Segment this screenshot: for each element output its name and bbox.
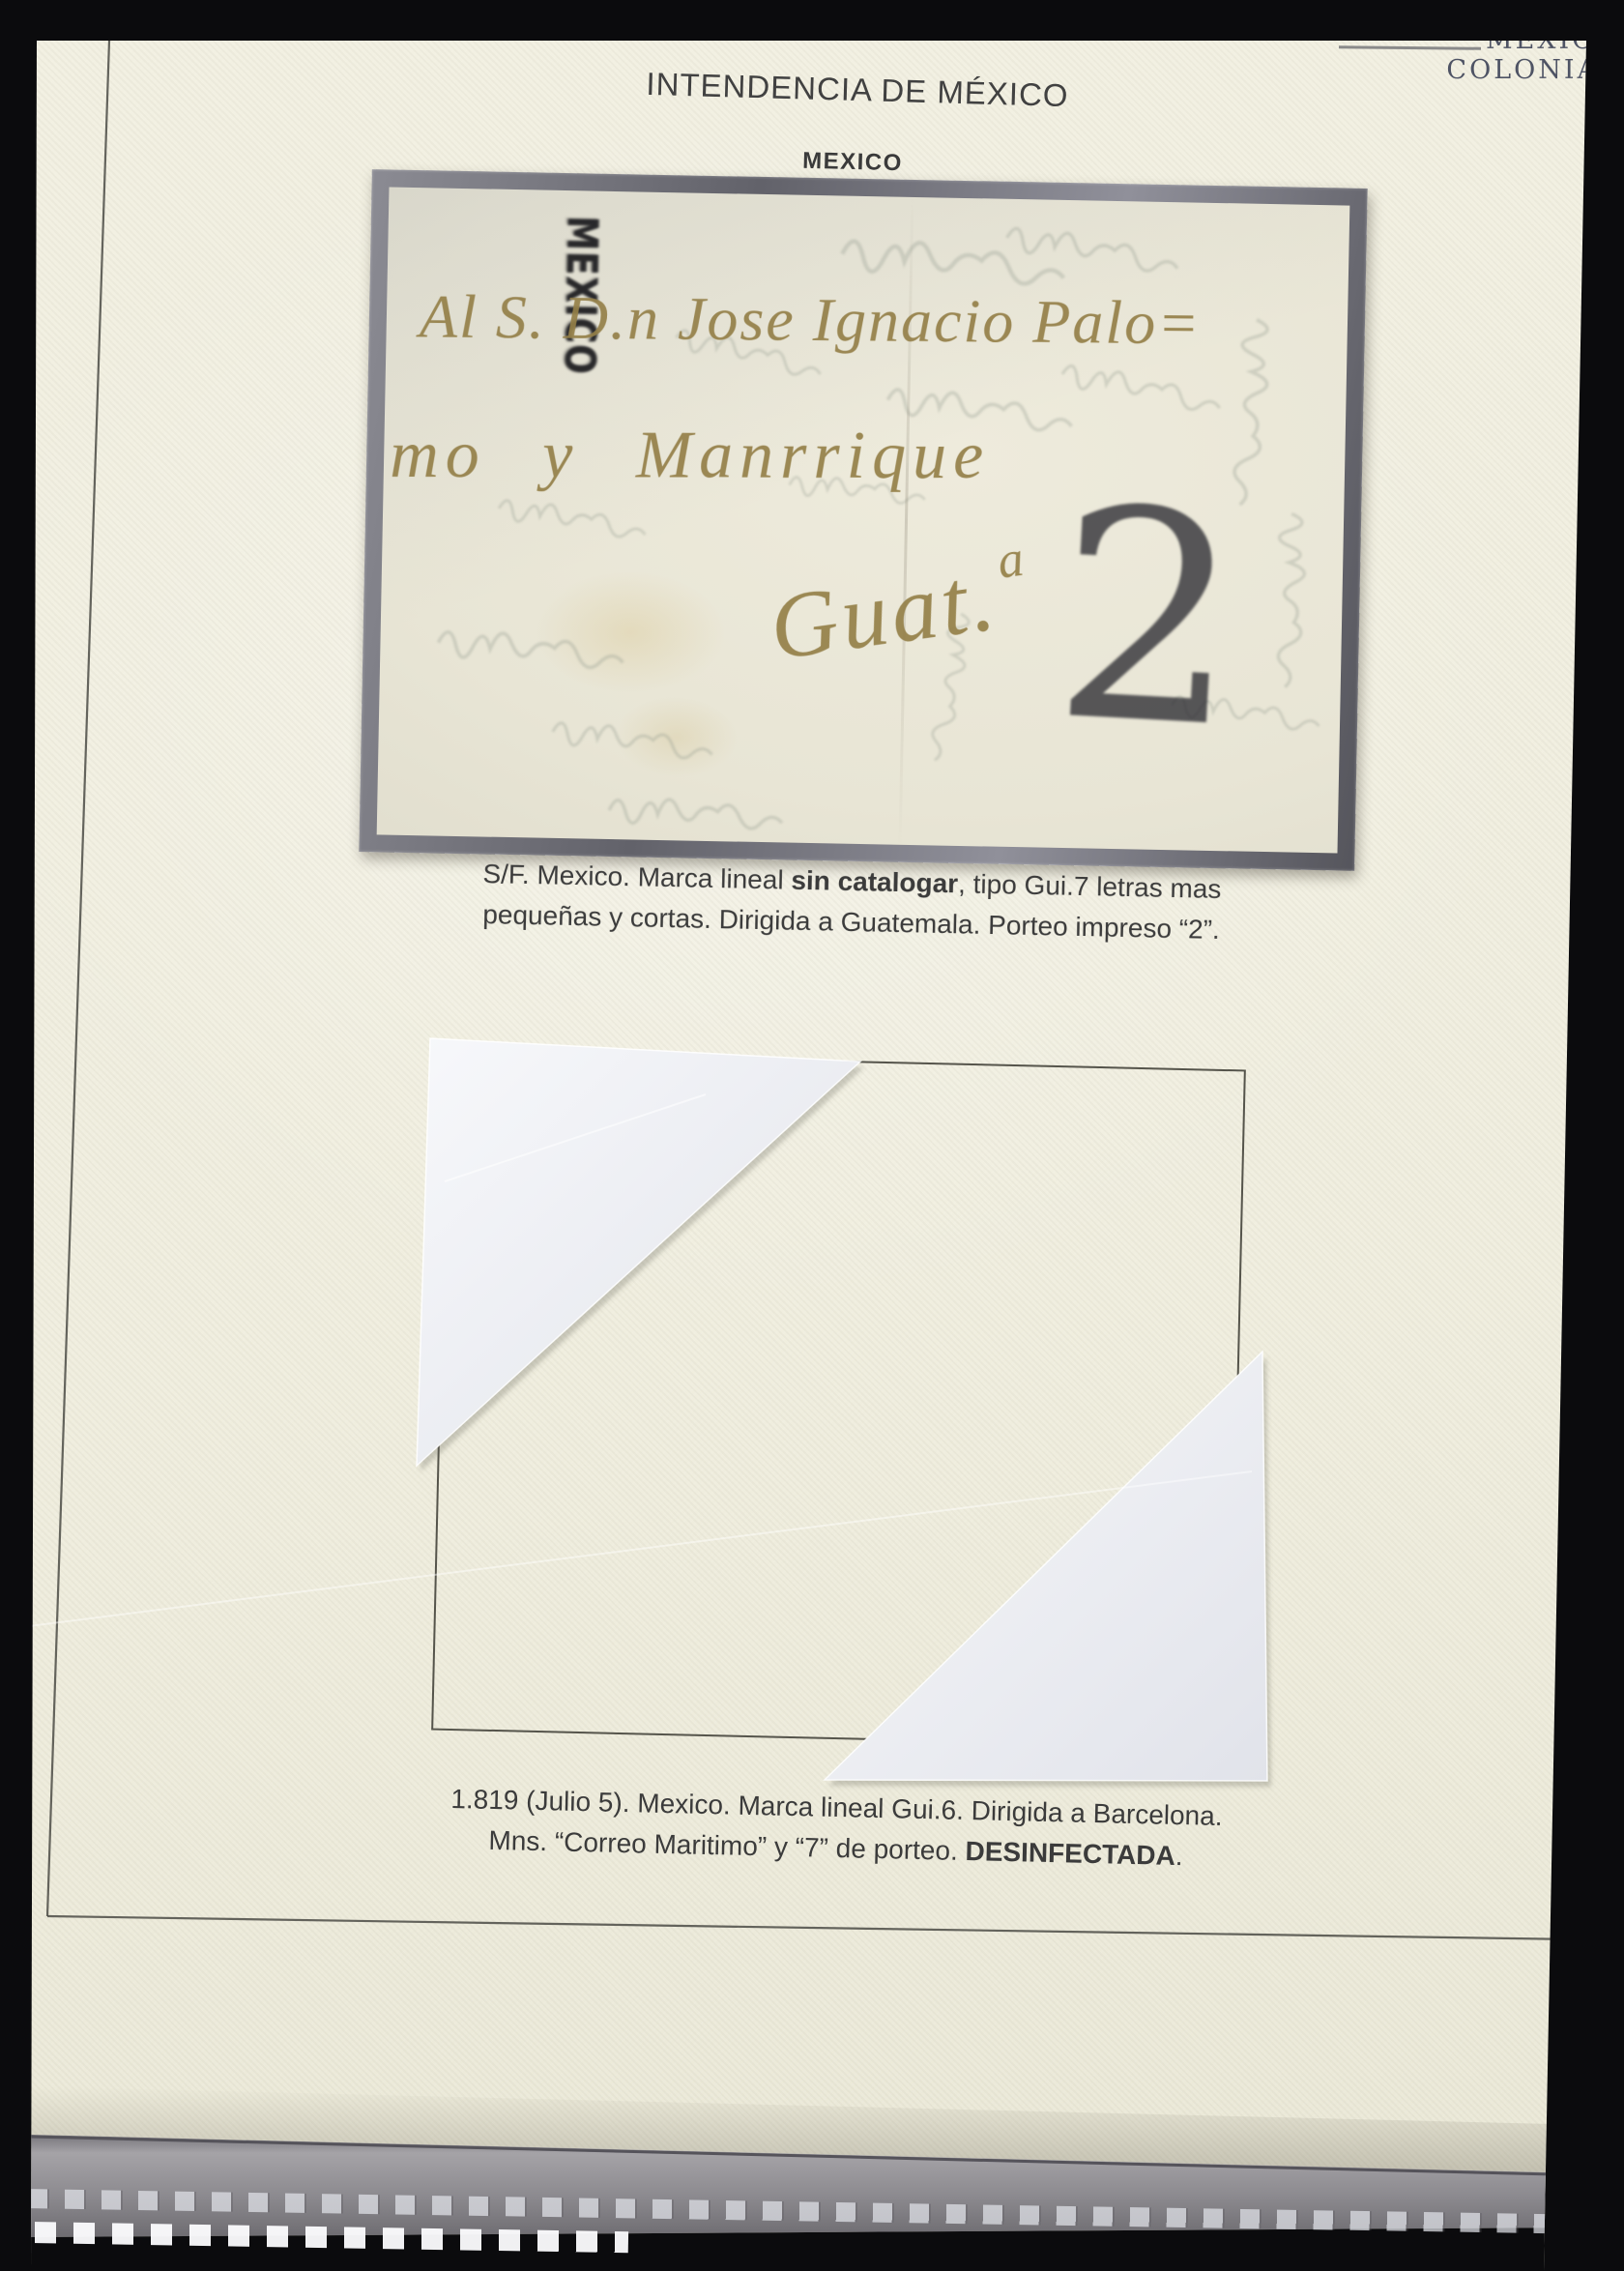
manuscript-address-line1: Al S. D.n Jose Ignacio Palo= (420, 280, 1202, 359)
cover-mat-frame: MEXICO Al S. D.n Jose Ignacio Palo= mo y… (359, 169, 1367, 871)
cover-letter: MEXICO Al S. D.n Jose Ignacio Palo= mo y… (377, 188, 1350, 854)
caption-top-bold: sin catalogar (791, 865, 958, 899)
caption-bottom-text: Mns. “Correo Maritimo” y “7” de porteo. (488, 1825, 966, 1866)
caption-top-text2: , tipo Gui.7 letras mas (958, 868, 1222, 904)
caption-top-text: S/F. Mexico. Marca lineal (482, 859, 792, 895)
manuscript-address-line2: mo y Manrrique (390, 417, 990, 495)
mount-corner-top-left (417, 1038, 860, 1466)
mount-corner-bottom-right (825, 1352, 1267, 1781)
caption-bottom-bold: DESINFECTADA (965, 1836, 1175, 1871)
scanned-album-photo: MEXICO COLONIAL (0, 0, 1624, 2271)
caption-bottom-text2: . (1174, 1841, 1182, 1871)
rate-handstamp: 2 (1048, 470, 1248, 770)
album-page: MEXICO COLONIAL (29, 41, 1590, 2271)
